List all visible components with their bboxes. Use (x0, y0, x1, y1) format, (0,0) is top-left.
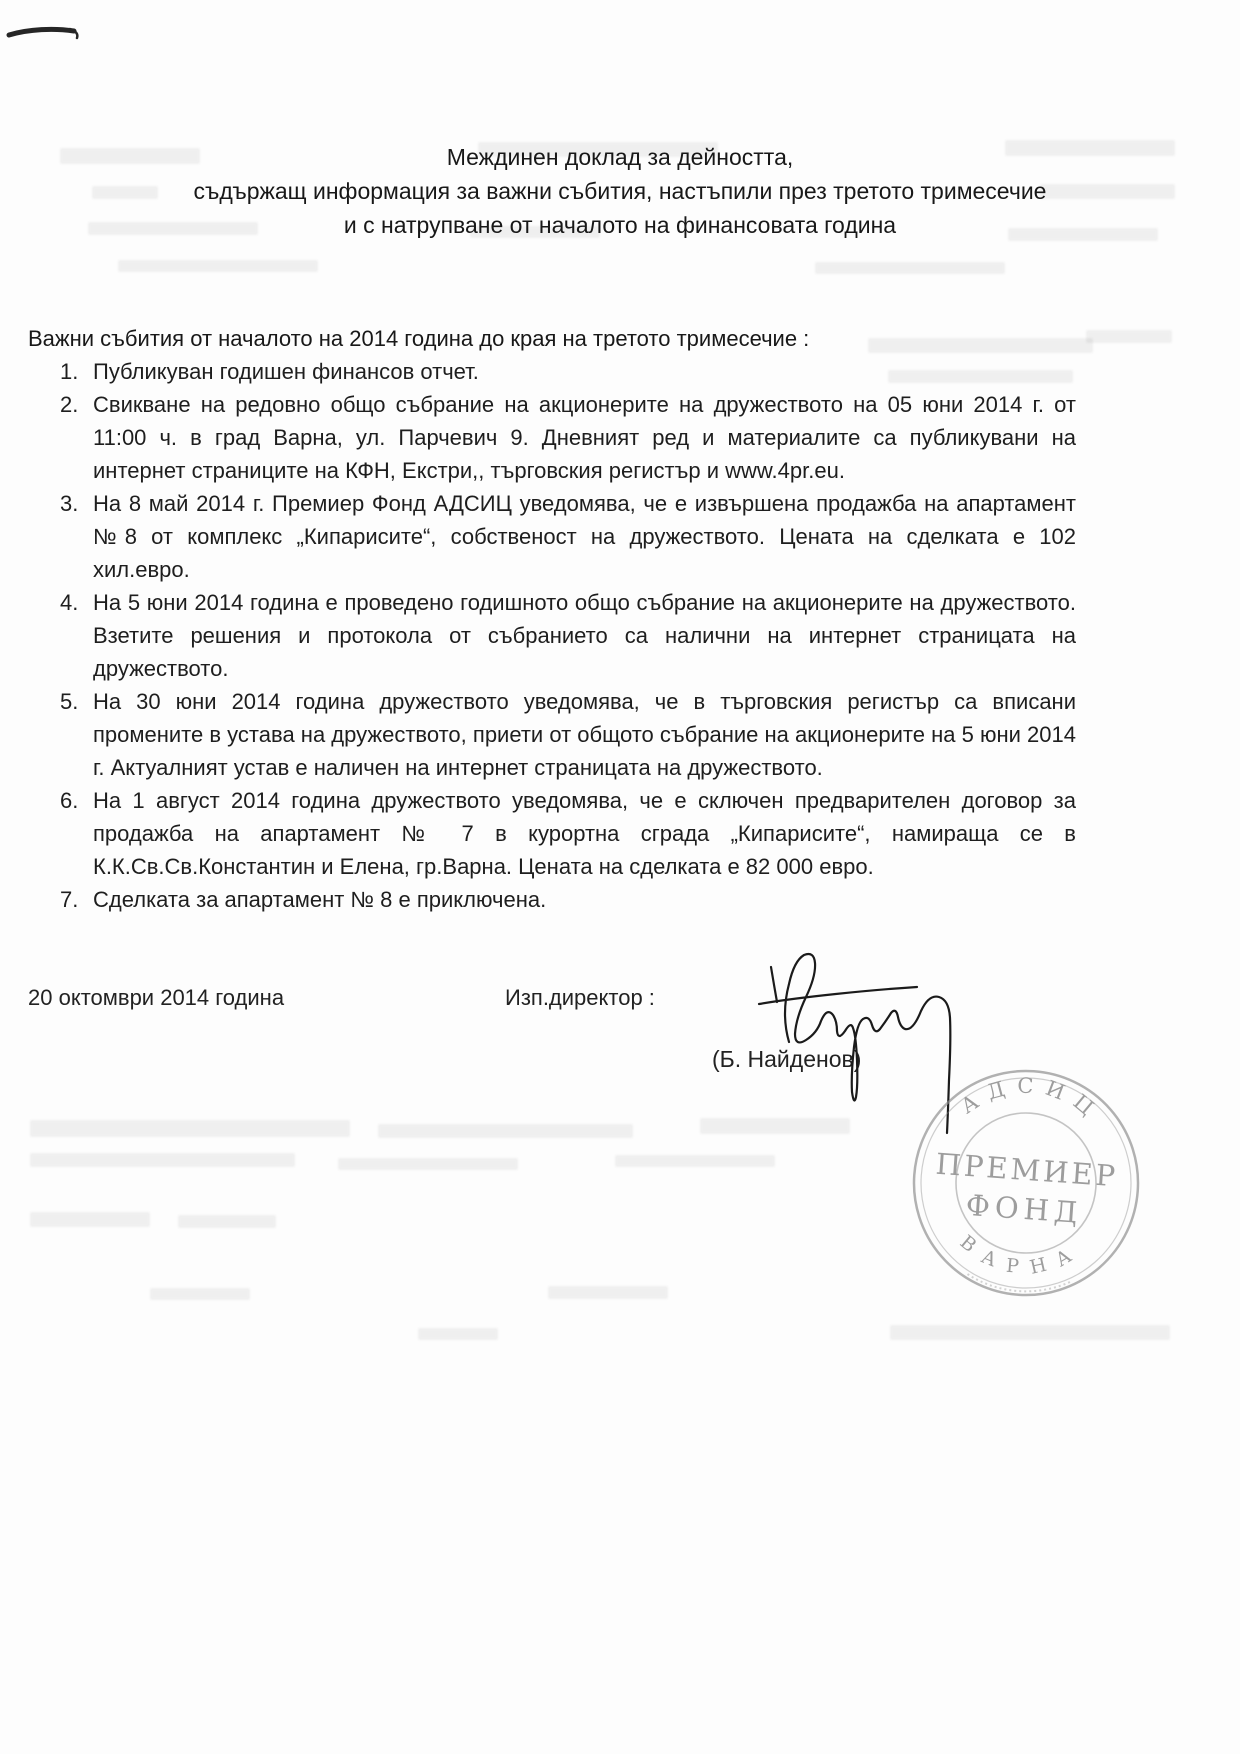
event-number: 6. (60, 784, 93, 817)
event-text: На 8 май 2014 г. Премиер Фонд АДСИЦ увед… (93, 487, 1076, 586)
event-text: Публикуван годишен финансов отчет. (93, 355, 1076, 388)
list-item: 2. Свикване на редовно общо събрание на … (60, 388, 1076, 487)
scan-noise (30, 1120, 350, 1137)
scan-noise (548, 1286, 668, 1299)
event-number: 5. (60, 685, 93, 718)
company-stamp: АДСИЦ ВАРНА ПРЕМИЕР ФОНД (905, 1062, 1147, 1304)
event-number: 1. (60, 355, 93, 388)
scan-noise (338, 1158, 518, 1170)
list-item: 5. На 30 юни 2014 година дружеството уве… (60, 685, 1076, 784)
list-item: 4. На 5 юни 2014 година е проведено годи… (60, 586, 1076, 685)
scan-noise (178, 1215, 276, 1228)
document-date: 20 октомври 2014 година (28, 985, 284, 1011)
event-text: Сделката за апартамент № 8 е приключена. (93, 883, 1076, 916)
event-text: На 1 август 2014 година дружеството увед… (93, 784, 1076, 883)
scanned-document-page: Междинен доклад за дейността, съдържащ и… (0, 0, 1240, 1754)
intro-line: Важни събития от началото на 2014 година… (28, 322, 1128, 355)
event-number: 3. (60, 487, 93, 520)
svg-text:АДСИЦ: АДСИЦ (955, 1069, 1109, 1128)
scan-noise (815, 262, 1005, 274)
stamp-center-line1: ПРЕМИЕР (935, 1147, 1120, 1194)
event-number: 4. (60, 586, 93, 619)
event-number: 7. (60, 883, 93, 916)
stamp-top-arc-text: АДСИЦ (955, 1069, 1109, 1128)
list-item: 3. На 8 май 2014 г. Премиер Фонд АДСИЦ у… (60, 487, 1076, 586)
scan-noise (378, 1124, 633, 1138)
event-text: На 5 юни 2014 година е проведено годишно… (93, 586, 1076, 685)
director-label: Изп.директор : (505, 985, 655, 1011)
title-line-1: Междинен доклад за дейността, (30, 140, 1210, 174)
events-list: 1. Публикуван годишен финансов отчет. 2.… (60, 355, 1076, 916)
scan-noise (118, 260, 318, 272)
title-line-2: съдържащ информация за важни събития, на… (30, 174, 1210, 208)
title-line-3: и с натрупване от началото на финансоват… (30, 208, 1210, 242)
document-title: Междинен доклад за дейността, съдържащ и… (30, 140, 1210, 242)
event-number: 2. (60, 388, 93, 421)
stamp-center-line2: ФОНД (965, 1188, 1084, 1230)
list-item: 7. Сделката за апартамент № 8 е приключе… (60, 883, 1076, 916)
list-item: 6. На 1 август 2014 година дружеството у… (60, 784, 1076, 883)
scan-noise (30, 1153, 295, 1167)
event-text: На 30 юни 2014 година дружеството уведом… (93, 685, 1076, 784)
scan-noise (150, 1288, 250, 1300)
scan-noise (890, 1325, 1170, 1340)
scan-noise (418, 1328, 498, 1340)
scan-noise (30, 1212, 150, 1227)
list-item: 1. Публикуван годишен финансов отчет. (60, 355, 1076, 388)
event-text: Свикване на редовно общо събрание на акц… (93, 388, 1076, 487)
pen-mark-artifact (4, 20, 94, 50)
